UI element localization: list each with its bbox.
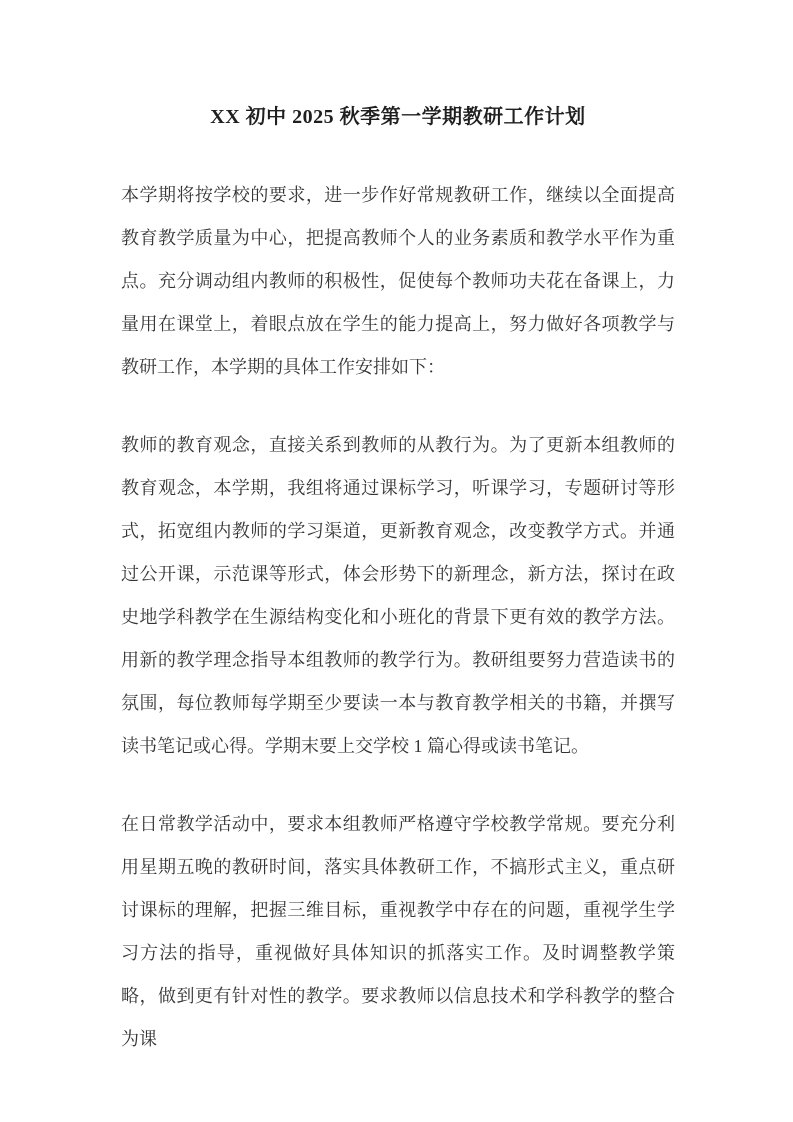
document-page: XX 初中 2025 秋季第一学期教研工作计划 本学期将按学校的要求，进一步作好… <box>0 0 793 1122</box>
paragraph-intro: 本学期将按学校的要求，进一步作好常规教研工作，继续以全面提高教育教学质量为中心，… <box>121 174 675 389</box>
document-title: XX 初中 2025 秋季第一学期教研工作计划 <box>121 96 675 139</box>
paragraph-teaching-concepts: 教师的教育观念，直接关系到教师的从教行为。为了更新本组教师的教育观念，本学期，我… <box>121 424 675 768</box>
paragraph-daily-teaching: 在日常教学活动中，要求本组教师严格遵守学校教学常规。要充分利用星期五晚的教研时间… <box>121 803 675 1061</box>
document-body: 本学期将按学校的要求，进一步作好常规教研工作，继续以全面提高教育教学质量为中心，… <box>121 174 675 1061</box>
